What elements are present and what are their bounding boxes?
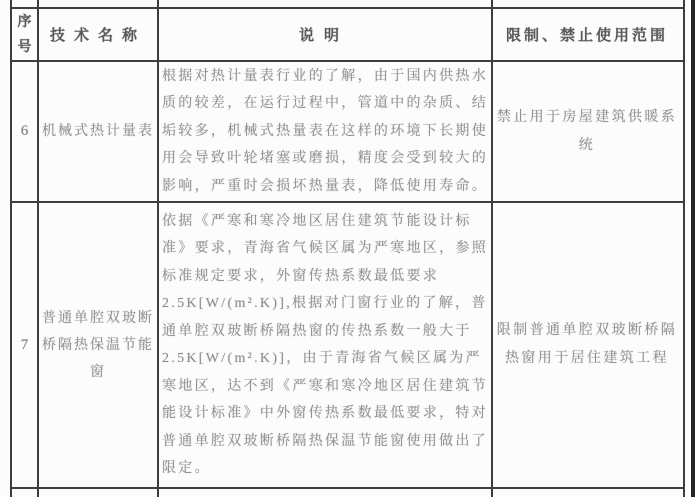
row6-description-line: 影响，严重时会损坏热量表，降低使用寿命。 bbox=[162, 173, 488, 201]
row7-serial-number: 7 bbox=[21, 337, 29, 354]
row6-scope-line: 禁止用于房屋建筑供暖系 bbox=[497, 104, 677, 132]
row6-description-line: 用会导致叶轮堵塞或磨损，精度会受到较大的 bbox=[162, 145, 488, 173]
row7-scope-cell: 限制普通单腔双玻断桥隔 热窗用于居住建筑工程 bbox=[493, 203, 681, 487]
header-label-scope: 限制、禁止使用范围 bbox=[506, 24, 668, 45]
header-cell-serial: 序号 bbox=[12, 9, 37, 60]
header-label-serial: 序号 bbox=[17, 10, 33, 60]
table-border-right bbox=[683, 0, 685, 497]
row7-description-cell: 依据《严寒和寒冷地区居住建筑节能设计标 准》要求，青海省气候区属为严寒地区，参照… bbox=[162, 203, 489, 487]
row7-scope-line: 限制普通单腔双玻断桥隔 bbox=[497, 317, 677, 345]
row7-description-line: 依据《严寒和寒冷地区居住建筑节能设计标 bbox=[162, 208, 472, 236]
table-divider-name-description bbox=[157, 0, 159, 497]
row7-name-line: 普通单腔双玻断 bbox=[42, 305, 154, 332]
row7-description-line: 准》要求，青海省气候区属为严寒地区，参照 bbox=[162, 235, 488, 263]
row7-scope-line: 热窗用于居住建筑工程 bbox=[505, 345, 669, 373]
row7-description-line: 2.5K[W/(m².K)],根据对门窗行业的了解，普 bbox=[162, 290, 488, 318]
table-border-row7-bottom bbox=[10, 487, 685, 489]
scanned-table-page: 序号 技术名称 说明 限制、禁止使用范围 6 机械式热计量表 根据对热计量表行业… bbox=[0, 0, 696, 497]
row7-name-line: 桥隔热保温节能 bbox=[42, 332, 154, 359]
row7-description-line: 标准规定要求，外窗传热系数最低要求 bbox=[162, 263, 439, 291]
row6-description-cell: 根据对热计量表行业的了解，由于国内供热水 质的较差，在运行过程中，管道中的杂质、… bbox=[162, 62, 489, 201]
scan-edge-artifact bbox=[691, 0, 695, 497]
row6-description-line: 垢较多，机械式热量表在这样的环境下长期使 bbox=[162, 118, 488, 146]
row7-description-line: 普通单腔双玻断桥隔热保温节能窗使用做出了 bbox=[162, 428, 488, 456]
row6-scope-line: 统 bbox=[579, 132, 595, 160]
row6-serial-number: 6 bbox=[21, 123, 29, 140]
row7-description-line: 能设计标准》中外窗传热系数最低要求，特对 bbox=[162, 400, 488, 428]
row7-name-cell: 普通单腔双玻断 桥隔热保温节能 窗 bbox=[39, 203, 157, 487]
row7-description-line: 寒地区，达不到《严寒和寒冷地区居住建筑节 bbox=[162, 373, 488, 401]
header-cell-scope: 限制、禁止使用范围 bbox=[493, 9, 681, 60]
header-cell-tech-name: 技术名称 bbox=[39, 9, 157, 60]
row6-scope-cell: 禁止用于房屋建筑供暖系 统 bbox=[493, 62, 681, 201]
row7-description-line: 2.5K[W/(m².K)]，由于青海省气候区属为严 bbox=[162, 345, 482, 373]
row6-serial-cell: 6 bbox=[12, 62, 37, 201]
row6-description-line: 根据对热计量表行业的了解，由于国内供热水 bbox=[162, 63, 488, 91]
row6-name-line: 机械式热计量表 bbox=[42, 118, 154, 145]
row7-description-line: 通单腔双玻断桥隔热窗的传热系数一般大于 bbox=[162, 318, 472, 346]
header-cell-description: 说明 bbox=[159, 9, 489, 60]
header-label-tech-name: 技术名称 bbox=[50, 24, 146, 45]
row7-name-line: 窗 bbox=[90, 359, 106, 386]
row7-description-line: 限定。 bbox=[162, 455, 211, 483]
header-label-description: 说明 bbox=[299, 24, 349, 45]
row6-description-line: 质的较差，在运行过程中，管道中的杂质、结 bbox=[162, 90, 488, 118]
row7-serial-cell: 7 bbox=[12, 203, 37, 487]
row6-name-cell: 机械式热计量表 bbox=[39, 62, 157, 201]
